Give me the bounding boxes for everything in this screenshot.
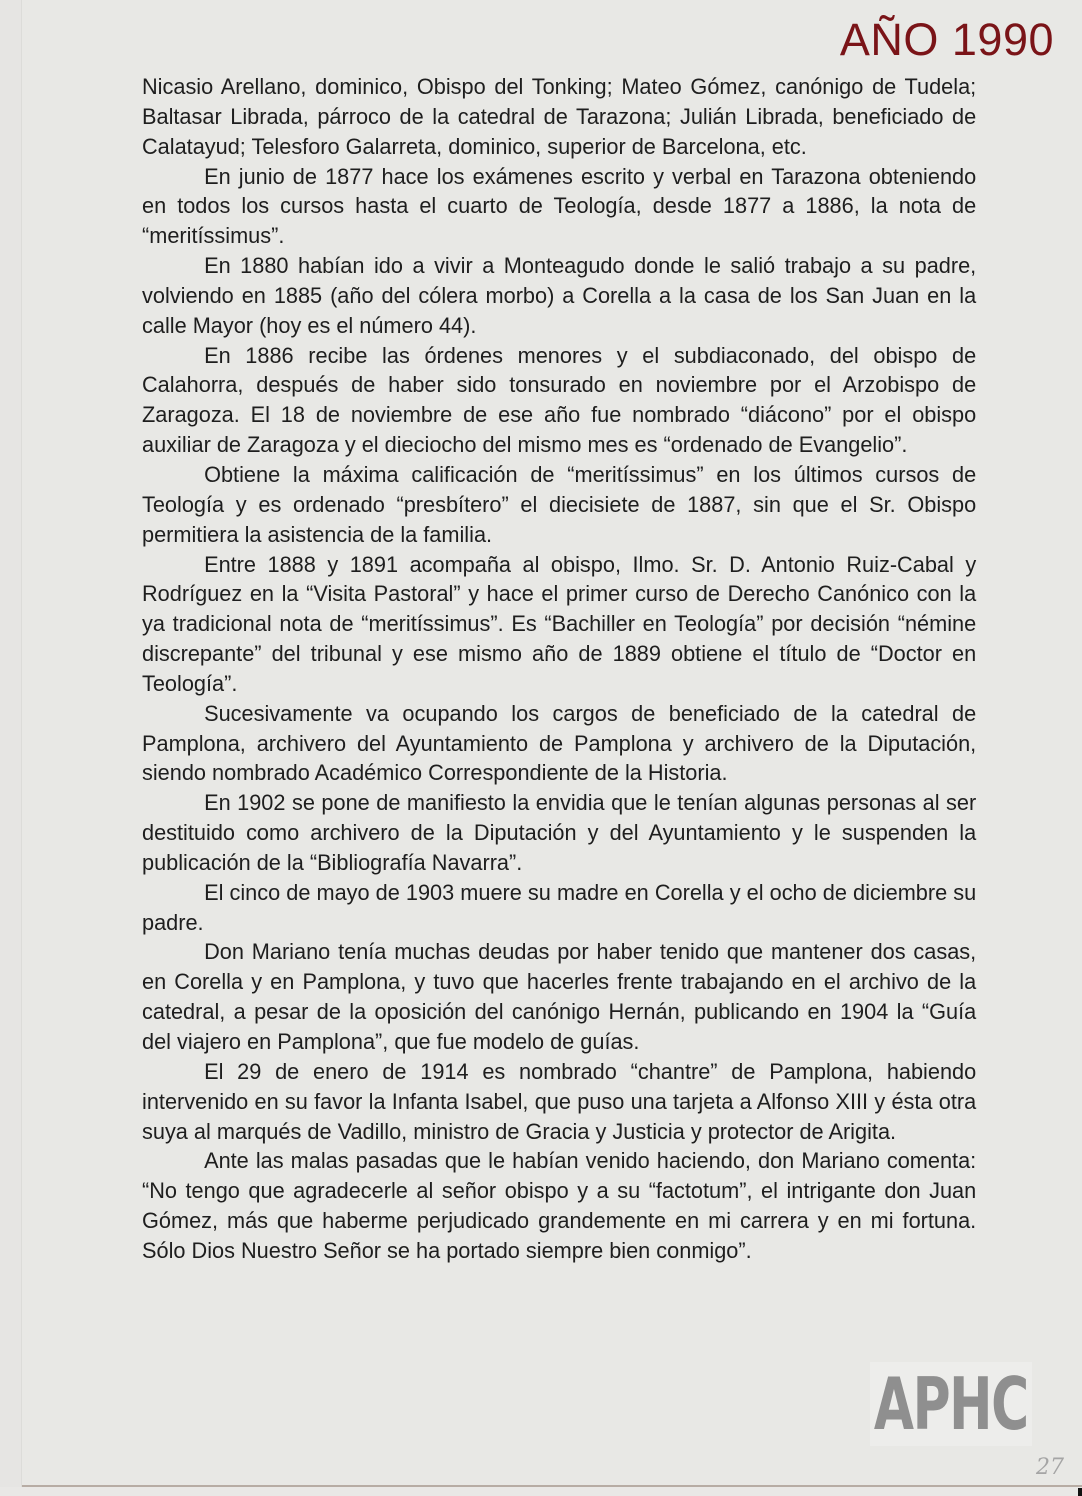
paragraph: Don Mariano tenía muchas deudas por habe… xyxy=(142,937,976,1056)
paragraph: El cinco de mayo de 1903 muere su madre … xyxy=(142,878,976,938)
page-number: 27 xyxy=(1036,1455,1064,1480)
aphc-watermark-logo: APHC xyxy=(870,1362,1032,1446)
paragraph: En 1886 recibe las órdenes menores y el … xyxy=(142,341,976,460)
paragraph: Entre 1888 y 1891 acompaña al obispo, Il… xyxy=(142,550,976,699)
scanned-page: AÑO 1990 Nicasio Arellano, dominico, Obi… xyxy=(22,0,1082,1487)
paragraph: Nicasio Arellano, dominico, Obispo del T… xyxy=(142,72,976,162)
scan-corner xyxy=(1078,1488,1082,1496)
paragraph: En junio de 1877 hace los exámenes escri… xyxy=(142,162,976,252)
article-body: Nicasio Arellano, dominico, Obispo del T… xyxy=(142,72,976,1266)
paragraph: Obtiene la máxima calificación de “merit… xyxy=(142,460,976,550)
scan-background xyxy=(0,1487,1082,1496)
paragraph: Ante las malas pasadas que le habían ven… xyxy=(142,1146,976,1265)
paragraph: El 29 de enero de 1914 es nombrado “chan… xyxy=(142,1057,976,1147)
paragraph: En 1902 se pone de manifiesto la envidia… xyxy=(142,788,976,878)
year-heading: AÑO 1990 xyxy=(840,12,1054,68)
paragraph: En 1880 habían ido a vivir a Monteagudo … xyxy=(142,251,976,341)
watermark-text: APHC xyxy=(874,1368,1028,1440)
paragraph: Sucesivamente va ocupando los cargos de … xyxy=(142,699,976,789)
